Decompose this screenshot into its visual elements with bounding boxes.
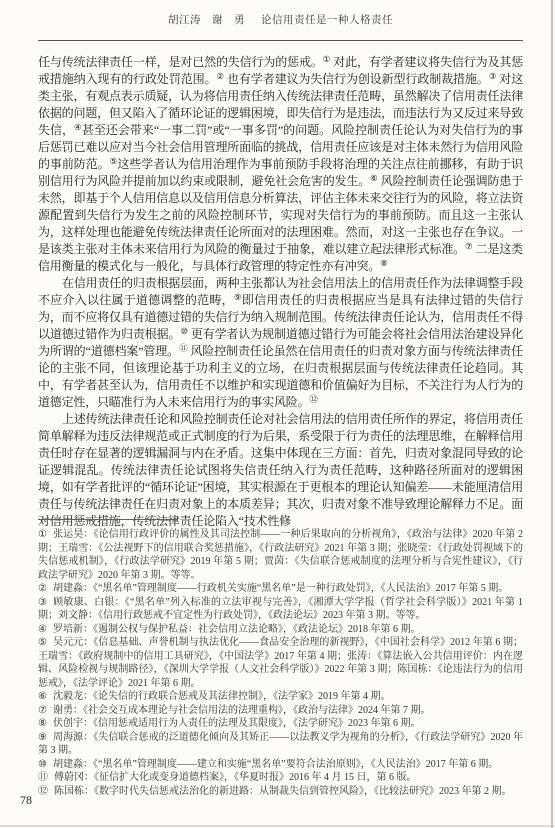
footnote-marker: ⑩ [38,759,47,770]
footnote-marker: ⑦ [38,705,47,716]
page-number: 78 [20,793,32,808]
footnotes-section: ①张运昊：《论信用行政评价的属性及其司法控制——一种后果取向的分析视角》，《政治… [38,528,523,798]
running-header: 胡江涛 谢 勇论信用责任是一种人格责任 [38,12,523,27]
footnote-marker: ① [38,529,47,540]
footnote-item: ⑥沈毅龙：《论失信的行政联合惩戒及其法律控制》，《法学家》2019 年第 4 期… [38,690,523,704]
body-paragraph: 任与传统法律责任一样，是对已然的失信行为的惩戒。① 对此，有学者建议将失信行为及… [38,54,523,275]
author-names: 胡江涛 谢 勇 [168,15,245,26]
footnote-marker: ② [38,583,47,594]
footnote-separator [38,519,178,520]
footnote-text: 胡建淼：《“黑名单”管理制度——行政机关实施“黑名单”是一种行政处罚》，《人民法… [53,583,508,594]
footnote-item: ⑨周海源：《失信联合惩戒的泛道德化倾向及其矫正——以法教义学为视角的分析》，《行… [38,731,523,758]
paper-page: 胡江涛 谢 勇论信用责任是一种人格责任 任与传统法律责任一样，是对已然的失信行为… [0,0,555,828]
footnote-item: ⑧伏创宇：《信用惩戒适用行为人责任的法理及其限度》，《法学研究》2023 年第 … [38,717,523,731]
article-body: 任与传统法律责任一样，是对已然的失信行为的惩戒。① 对此，有学者建议将失信行为及… [38,54,523,530]
footnote-text: 张运昊：《论信用行政评价的属性及其司法控制——一种后果取向的分析视角》，《政治与… [38,529,523,581]
footnote-marker: ④ [38,624,47,635]
footnote-item: ③顾敏康、白银：《“黑名单”列入标准的立法审视与完善》，《湘潭大学学报（哲学社会… [38,596,523,623]
footnote-item: ④罗培新：《遏制公权与保护私益：社会信用立法论略》，《政法论坛》2018 年第 … [38,623,523,637]
footnote-text: 周海源：《失信联合惩戒的泛道德化倾向及其矫正——以法教义学为视角的分析》，《行政… [38,732,523,757]
footnote-item: ⑫陈国栋：《数字时代失信惩戒法治化的新进路：从制裁失信到管控风险》，《比较法研究… [38,785,523,799]
footnote-text: 伏创宇：《信用惩戒适用行为人责任的法理及其限度》，《法学研究》2023 年第 6… [53,718,421,729]
footnote-item: ⑪傅蔚冈：《征信扩大化或变身道德档案》，《华夏时报》2016 年 4 月 15 … [38,771,523,785]
footnote-item: ②胡建淼：《“黑名单”管理制度——行政机关实施“黑名单”是一种行政处罚》，《人民… [38,582,523,596]
body-paragraph: 上述传统法律责任论和风险控制责任论对社会信用法的信用责任所作的界定，将信用责任简… [38,411,523,530]
scan-edge-bottom [0,825,555,827]
footnote-marker: ⑥ [38,691,47,702]
footnote-text: 沈毅龙：《论失信的行政联合惩戒及其法律控制》，《法学家》2019 年第 4 期。 [53,691,391,702]
footnote-marker: ⑤ [38,637,47,648]
footnote-text: 罗培新：《遏制公权与保护私益：社会信用立法论略》，《政法论坛》2018 年第 6… [53,624,421,635]
footnote-item: ⑦谢勇：《社会交互成本理论与社会信用法的法理重构》，《政治与法律》2024 年第… [38,704,523,718]
footnote-marker: ③ [38,597,47,608]
footnote-text: 顾敏康、白银：《“黑名单”列入标准的立法审视与完善》，《湘潭大学学报（哲学社会科… [38,597,523,622]
footnote-marker: ⑫ [38,786,48,797]
scan-edge-right [551,0,553,828]
footnote-item: ⑤吴元元：《信息基础、声誉机制与执法优化——食品安全治理的新视野》，《中国社会科… [38,636,523,690]
footnote-item: ⑩胡建淼：《“黑名单”管理制度——建立和实施“黑名单”要符合法治原则》，《人民法… [38,758,523,772]
footnote-text: 傅蔚冈：《征信扩大化或变身道德档案》，《华夏时报》2016 年 4 月 15 日… [54,772,417,783]
footnote-marker: ⑨ [38,732,47,743]
header-rule [38,40,523,41]
footnote-text: 胡建淼：《“黑名单”管理制度——建立和实施“黑名单”要符合法治原则》，《人民法治… [53,759,498,770]
body-paragraph: 在信用责任的归责根据层面，两种主张都认为社会信用法上的信用责任作为法律调整手段不… [38,275,523,411]
footnote-text: 陈国栋：《数字时代失信惩戒法治化的新进路：从制裁失信到管控风险》，《比较法研究》… [54,786,512,797]
footnote-marker: ⑪ [38,772,48,783]
paper-title: 论信用责任是一种人格责任 [261,15,393,26]
footnote-text: 吴元元：《信息基础、声誉机制与执法优化——食品安全治理的新视野》，《中国社会科学… [38,637,523,689]
footnote-marker: ⑧ [38,718,47,729]
footnote-item: ①张运昊：《论信用行政评价的属性及其司法控制——一种后果取向的分析视角》，《政治… [38,528,523,582]
footnote-text: 谢勇：《社会交互成本理论与社会信用法的法理重构》，《政治与法律》2024 年第 … [53,705,431,716]
